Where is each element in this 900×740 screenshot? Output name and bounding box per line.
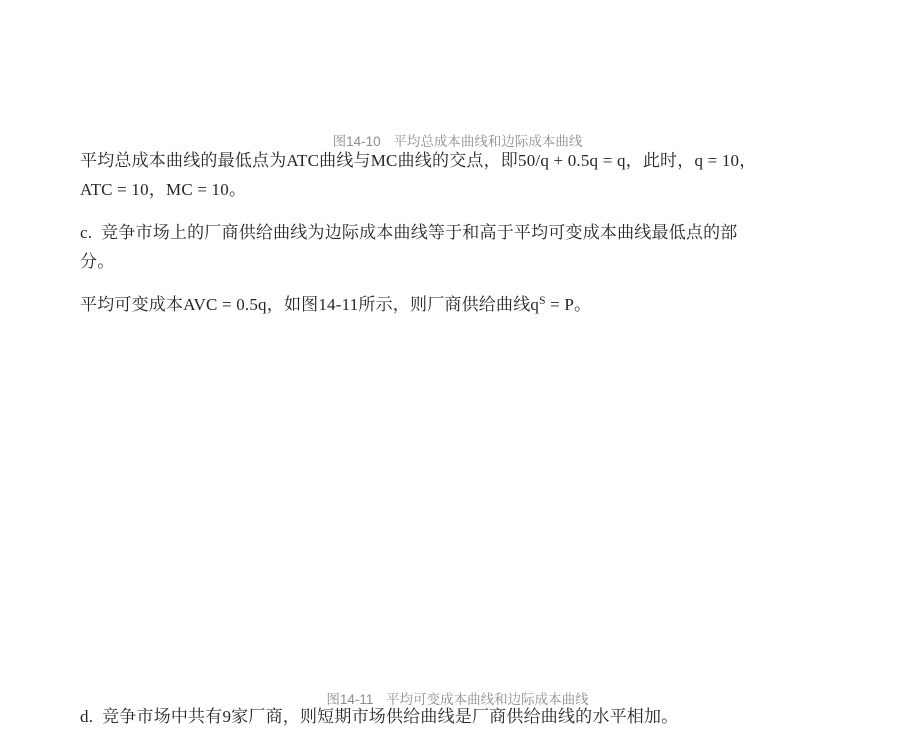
paragraph-atc-mc-intersection: 平均总成本曲线的最低点为ATC曲线与MC曲线的交点，即50/q + 0.5q =… (80, 147, 828, 204)
text-segment: = P (546, 295, 574, 314)
text-segment: 9 (222, 707, 231, 726)
text-segment: ATC (286, 151, 319, 170)
text-segment: S (539, 295, 546, 307)
paragraph-item-c-supply-curve: c. 竞争市场上的厂商供给曲线为边际成本曲线等于和高于平均可变成本曲线最低点的部… (80, 219, 828, 276)
text-segment: 50/q + 0.5q = q (518, 151, 626, 170)
paragraph-avc-supply-equation: 平均可变成本AVC = 0.5q，如图14-11所示，则厂商供给曲线qS = P… (80, 291, 828, 322)
text-segment: ， (149, 180, 166, 199)
text-segment: MC = 10 (166, 180, 229, 199)
text-segment: AVC = 0.5q (183, 295, 267, 314)
text-segment: ，如图 (267, 295, 319, 314)
text-segment: 竞争市场上的厂商供给曲线为边际成本曲线等于和高于平均可变成本曲线最低点的部 (101, 223, 737, 242)
text-segment: 平均总成本曲线的最低点为 (80, 151, 286, 170)
text-segment: 。 (574, 295, 591, 314)
text-segment: 分。 (80, 252, 114, 271)
text-segment: 所示，则厂商供给曲线 (358, 295, 530, 314)
text-segment: q (530, 295, 539, 314)
text-segment: c. (80, 223, 101, 242)
text-segment: 曲线的交点，即 (398, 151, 518, 170)
text-segment: d. (80, 707, 102, 726)
text-segment: 曲线与 (319, 151, 371, 170)
text-segment: ，此时， (626, 151, 695, 170)
text-segment: q = 10 (694, 151, 739, 170)
text-segment: 。 (229, 180, 246, 199)
text-segment: 家厂商，则短期市场供给曲线是厂商供给曲线的水平相加。 (231, 707, 678, 726)
text-segment: ， (739, 151, 756, 170)
figure-14-10-area (80, 0, 820, 105)
paragraph-item-d-market-supply: d. 竞争市场中共有9家厂商，则短期市场供给曲线是厂商供给曲线的水平相加。 (80, 703, 828, 732)
text-segment: ATC = 10 (80, 180, 149, 199)
document-page: 图14-10平均总成本曲线和边际成本曲线 平均总成本曲线的最低点为ATC曲线与M… (0, 0, 900, 740)
text-segment: 竞争市场中共有 (102, 707, 222, 726)
text-segment: 平均可变成本 (80, 295, 183, 314)
text-segment: MC (371, 151, 398, 170)
text-segment: 14-11 (318, 295, 358, 314)
figure-14-11-area (80, 335, 820, 665)
